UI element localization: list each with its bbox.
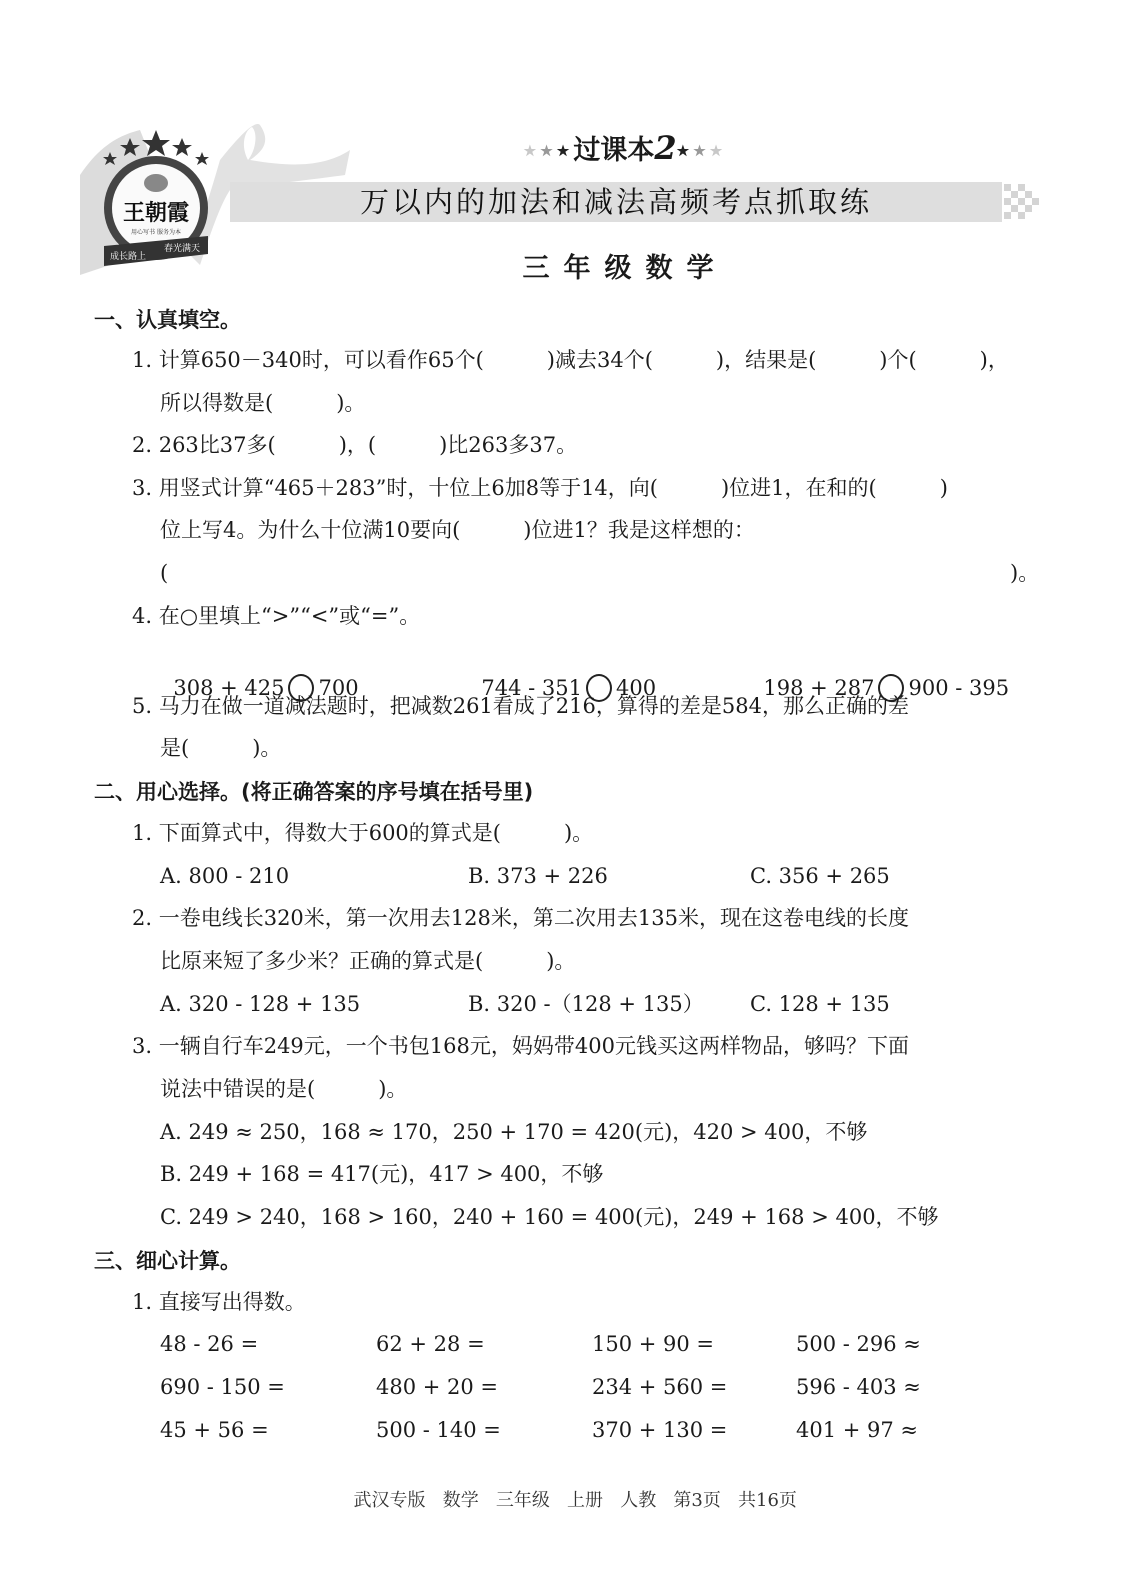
question-2-2-line-1: 2. 一卷电线长320米，第一次用去128米，第二次用去135米，现在这卷电线的…: [132, 904, 909, 932]
page-title: 万以内的加法和减法高频考点抓取练: [230, 184, 1002, 220]
series-label: ★★★过课本2★★★: [500, 128, 750, 167]
calc-item: 690 - 150 =: [160, 1373, 285, 1401]
calc-item: 480 + 20 =: [376, 1373, 498, 1401]
option-a: A. 320 - 128 + 135: [160, 990, 360, 1018]
question-1-2: 2. 263比37多( )，( )比263多37。: [132, 431, 577, 459]
svg-text:用心写书 服务为本: 用心写书 服务为本: [131, 228, 181, 236]
section-heading-fill-blank: 一、认真填空。: [94, 304, 241, 334]
question-2-2-line-2: 比原来短了多少米？正确的算式是( )。: [160, 947, 575, 975]
calc-item: 370 + 130 =: [592, 1416, 727, 1444]
option-c: C. 356 + 265: [750, 862, 890, 890]
checker-pattern-icon: [1002, 182, 1042, 222]
star-decoration-icon: ★★★: [677, 144, 727, 160]
question-1-5-line-1: 5. 马力在做一道减法题时，把减数261看成了216，算得的差是584，那么正确…: [132, 692, 909, 720]
page-number: 第3页: [673, 1490, 720, 1511]
option-b: B. 249 + 168 = 417(元)，417 > 400，不够: [160, 1160, 603, 1188]
calc-item: 48 - 26 =: [160, 1330, 258, 1358]
question-1-3-line-2: 位上写4。为什么十位满10要向( )位进1？我是这样想的：: [160, 516, 755, 544]
question-2-3-line-2: 说法中错误的是( )。: [160, 1075, 407, 1103]
calc-item: 234 + 560 =: [592, 1373, 727, 1401]
brand-logo: 王朝霞 用心写书 服务为本 成长路上 春光满天: [100, 128, 212, 273]
option-a: A. 249 ≈ 250，168 ≈ 170，250 + 170 = 420(元…: [160, 1118, 867, 1146]
subject-title: 三年级数学: [470, 246, 780, 285]
question-1-1-line-1: 1. 计算650－340时，可以看作65个( )减去34个( )，结果是( )个…: [132, 346, 1009, 374]
question-2-1: 1. 下面算式中，得数大于600的算式是( )。: [132, 819, 593, 847]
svg-text:春光满天: 春光满天: [164, 242, 200, 254]
calc-item: 45 + 56 =: [160, 1416, 269, 1444]
question-1-4: 4. 在○里填上“>”“<”或“=”。: [132, 602, 420, 630]
option-c: C. 128 + 135: [750, 990, 890, 1018]
question-1-1-line-2: 所以得数是( )。: [160, 389, 365, 417]
calc-item: 62 + 28 =: [376, 1330, 485, 1358]
section-heading-calculation: 三、细心计算。: [94, 1245, 241, 1275]
question-1-5-line-2: 是( )。: [160, 734, 281, 762]
star-decoration-icon: ★★★: [524, 144, 574, 160]
section-heading-multiple-choice: 二、用心选择。(将正确答案的序号填在括号里): [94, 776, 533, 806]
answer-bracket-open: (: [160, 559, 168, 587]
logo-brand-text: 王朝霞: [123, 200, 189, 226]
calc-item: 150 + 90 =: [592, 1330, 714, 1358]
calc-item: 596 - 403 ≈: [796, 1373, 921, 1401]
question-3-1: 1. 直接写出得数。: [132, 1288, 306, 1316]
calc-item: 500 - 140 =: [376, 1416, 501, 1444]
svg-text:成长路上: 成长路上: [110, 250, 146, 262]
question-1-3-line-1: 3. 用竖式计算“465＋283”时，十位上6加8等于14，向( )位进1，在和…: [132, 474, 948, 502]
option-a: A. 800 - 210: [160, 862, 289, 890]
calc-item: 500 - 296 ≈: [796, 1330, 921, 1358]
option-b: B. 373 + 226: [468, 862, 608, 890]
page-total: 共16页: [738, 1490, 797, 1511]
question-2-3-line-1: 3. 一辆自行车249元，一个书包168元，妈妈带400元钱买这两样物品，够吗？…: [132, 1032, 909, 1060]
calc-item: 401 + 97 ≈: [796, 1416, 918, 1444]
option-b: B. 320 -（128 + 135）: [468, 990, 704, 1018]
option-c: C. 249 > 240，168 > 160，240 + 160 = 400(元…: [160, 1203, 939, 1231]
answer-bracket-close: )。: [1010, 559, 1039, 587]
page-footer: 武汉专版 数学 三年级 上册 人教 第3页 共16页: [0, 1465, 1139, 1512]
